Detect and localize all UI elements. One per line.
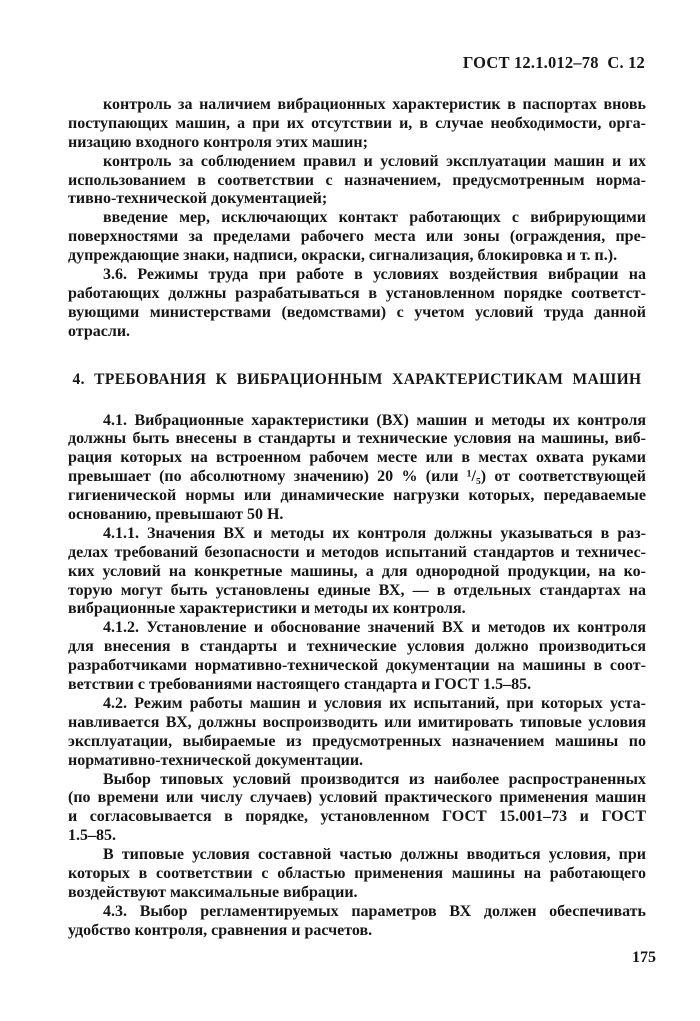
paragraph: введение мер, исключающих контакт работа… — [68, 209, 646, 266]
document-body: контроль за наличием вибрационных характ… — [68, 96, 646, 941]
text-line: и согласовывается в порядке, установленн… — [68, 808, 646, 827]
text-line: использованием в соответствии с назначен… — [68, 172, 646, 191]
page-number: 175 — [632, 949, 656, 967]
text-line: 4.1.2. Установление и обоснование значен… — [68, 619, 646, 638]
paragraph: контроль за соблюдением правил и условий… — [68, 153, 646, 210]
text-line: тивно-технической документацией; — [68, 190, 646, 209]
text-line: 4.2. Режим работы машин и условия их исп… — [68, 695, 646, 714]
text-line: воздействуют максимальные вибрации. — [68, 884, 646, 903]
text-line: контроль за наличием вибрационных характ… — [68, 96, 646, 115]
paragraph: 4.1.2. Установление и обоснование значен… — [68, 619, 646, 695]
text-line: 3.6. Режимы труда при работе в условиях … — [68, 266, 646, 285]
text-line: (по времени или числу случаев) условий п… — [68, 789, 646, 808]
scanned-document-page: ГОСТ 12.1.012–78 С. 12 контроль за налич… — [0, 0, 700, 1021]
text-line: должны быть внесены в стандарты и технич… — [68, 430, 646, 449]
text-line: дупреждающие знаки, надписи, окраски, си… — [68, 247, 646, 266]
running-header: ГОСТ 12.1.012–78 С. 12 — [463, 53, 645, 73]
text-line: 1.5–85. — [68, 827, 646, 846]
text-line: ветствии с требованиями настоящего станд… — [68, 676, 646, 695]
text-line: вующими министерствами (ведомствами) с у… — [68, 304, 646, 323]
text-line: разработчиками нормативно-технической до… — [68, 657, 646, 676]
text-line: В типовые условия составной частью должн… — [68, 846, 646, 865]
text-line: поступающих машин, а при их отсутствии и… — [68, 115, 646, 134]
text-line: поверхностями за пределами рабочего мест… — [68, 228, 646, 247]
text-line: 4.1.1. Значения ВХ и методы их контроля … — [68, 525, 646, 544]
text-line: основанию, превышают 50 Н. — [68, 506, 646, 525]
text-line: Выбор типовых условий производится из на… — [68, 771, 646, 790]
text-line: превышает (по абсолютному значению) 20 %… — [68, 468, 646, 487]
text-line: работающих должны разрабатываться в уста… — [68, 285, 646, 304]
text-line: делах требований безопасности и методов … — [68, 544, 646, 563]
paragraph: 4.1.1. Значения ВХ и методы их контроля … — [68, 525, 646, 619]
text-line: которых в соответствии с областью примен… — [68, 865, 646, 884]
paragraph: В типовые условия составной частью должн… — [68, 846, 646, 903]
text-line: ких условий на конкретные машины, а для … — [68, 563, 646, 582]
text-line: торую могут быть установлены единые ВХ, … — [68, 582, 646, 601]
text-line: отрасли. — [68, 323, 646, 342]
text-line: эксплуатации, выбираемые из предусмотрен… — [68, 733, 646, 752]
text-line: удобство контроля, сравнения и расчетов. — [68, 922, 646, 941]
text-line: нормативно-технической документации. — [68, 752, 646, 771]
paragraph: 4.3. Выбор регламентируемых параметров В… — [68, 903, 646, 941]
text-line: 4.3. Выбор регламентируемых параметров В… — [68, 903, 646, 922]
paragraph: 4.1. Вибрационные характеристики (ВХ) ма… — [68, 412, 646, 525]
paragraph: контроль за наличием вибрационных характ… — [68, 96, 646, 153]
text-line: навливается ВХ, должны воспроизводить ил… — [68, 714, 646, 733]
text-line: гигиенической нормы или динамические наг… — [68, 487, 646, 506]
text-line: вибрационные характеристики и методы их … — [68, 600, 646, 619]
text-line: для внесения в стандарты и технические у… — [68, 638, 646, 657]
text-line: контроль за соблюдением правил и условий… — [68, 153, 646, 172]
paragraph: 4.2. Режим работы машин и условия их исп… — [68, 695, 646, 771]
text-line: введение мер, исключающих контакт работа… — [68, 209, 646, 228]
text-line: низацию входного контроля этих машин; — [68, 134, 646, 153]
text-line: 4.1. Вибрационные характеристики (ВХ) ма… — [68, 412, 646, 431]
section-3-content: контроль за наличием вибрационных характ… — [68, 96, 646, 342]
section-4-heading: 4. ТРЕБОВАНИЯ К ВИБРАЦИОННЫМ ХАРАКТЕРИСТ… — [68, 370, 646, 389]
paragraph: Выбор типовых условий производится из на… — [68, 771, 646, 847]
paragraph: 3.6. Режимы труда при работе в условиях … — [68, 266, 646, 342]
text-line: рация которых на встроенном рабочем мест… — [68, 449, 646, 468]
section-4-content: 4.1. Вибрационные характеристики (ВХ) ма… — [68, 412, 646, 941]
